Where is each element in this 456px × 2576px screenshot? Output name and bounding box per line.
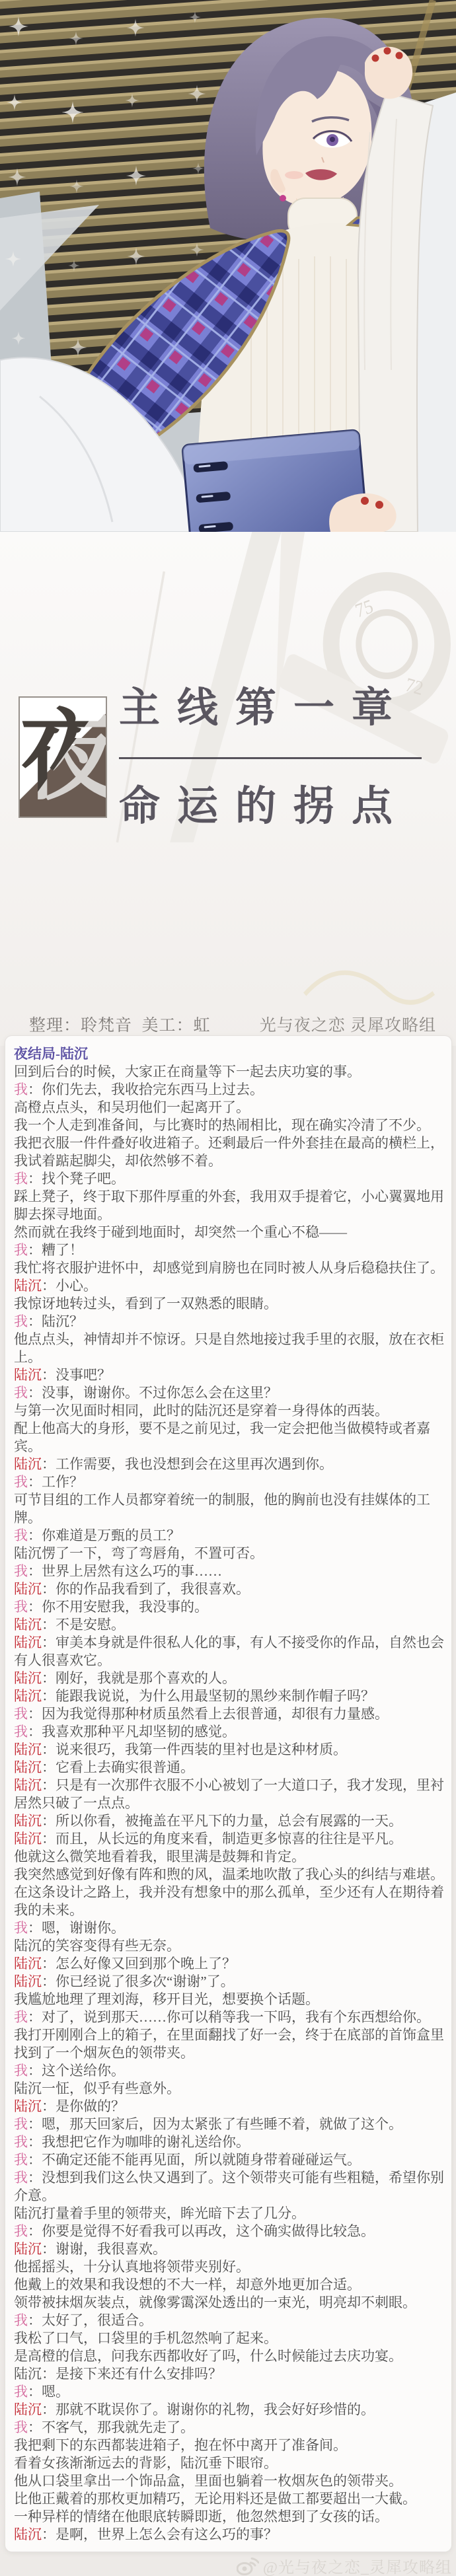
speaker-name: 陆沉	[14, 1456, 42, 1472]
narration-line: 高橙点点头，和吴玥他们一起离开了。	[14, 1099, 446, 1117]
narration-line: 陆沉一怔，似乎有些意外。	[14, 2080, 446, 2098]
narration-line: 回到后台的时候，大家正在商量等下一起去庆功宴的事。	[14, 1063, 446, 1081]
dialogue-line: 我：嗯，谢谢你。	[14, 1919, 446, 1937]
narration-line: 他点点头，神情却并不惊讶。只是自然地接过我手里的衣服，放在衣柜上。	[14, 1331, 446, 1366]
speaker-name: 陆沉	[14, 2241, 42, 2257]
dialogue-line: 陆沉：工作需要，我也没想到会在这里再次遇到你。	[14, 1455, 446, 1473]
speaker-name: 陆沉	[14, 2098, 42, 2114]
speaker-name: 我	[14, 1082, 28, 1097]
speaker-name: 我	[14, 1706, 28, 1722]
dialogue-line: 陆沉：是你做的？	[14, 2098, 446, 2116]
dialogue-line: 我：你不用安慰我，我没事的。	[14, 1598, 446, 1616]
dialogue-line: 我：你要是觉得不好看我可以再改，这个确实做得比较急。	[14, 2223, 446, 2240]
narration-line: 他从口袋里拿出一个饰品盒，里面也躺着一枚烟灰色的领带夹。	[14, 2472, 446, 2490]
speaker-name: 陆沉	[14, 1759, 42, 1775]
chapter-title-line2: 命运的拐点	[119, 786, 436, 828]
night-badge: 夜 夜	[19, 696, 107, 818]
dialogue-line: 我：陆沉？	[14, 1313, 446, 1331]
dialogue-line: 我：世界上居然有这么巧的事……	[14, 1563, 446, 1580]
narration-line: 我松了口气，口袋里的手机忽然响了起来。	[14, 2330, 446, 2347]
narration-line: 我惊讶地转过头，看到了一双熟悉的眼睛。	[14, 1295, 446, 1313]
speaker-name: 陆沉	[14, 1278, 42, 1294]
dialogue-line: 我：没事，谢谢你。不过你怎么会在这里？	[14, 1384, 446, 1402]
narration-line: 我把衣服一件件叠好收进箱子。还剩最后一件外套挂在最高的横栏上，我试着踮起脚尖，却…	[14, 1134, 446, 1170]
narration-line: 我一个人走到准备间，与比赛时的热闹相比，现在确实冷清了不少。	[14, 1117, 446, 1134]
narration-line: 是高橙的信息，问我东西都收好了吗，什么时候能过去庆功宴。	[14, 2347, 446, 2365]
speaker-name: 我	[14, 1920, 28, 1936]
watermark: @光与夜之恋_灵犀攻略组	[237, 2554, 452, 2576]
narration-line: 然而就在我终于碰到地面时，却突然一个重心不稳——	[14, 1224, 446, 1241]
speaker-name: 我	[14, 1724, 28, 1740]
chapter-title-block: 夜 夜 主线第一章 命运的拐点	[0, 687, 456, 839]
chapter-title-text: 主线第一章 命运的拐点	[119, 687, 436, 828]
narration-line: 比他正戴着的那枚更加精巧，无论用料还是做工都要超出一大截。	[14, 2490, 446, 2508]
speaker-name: 我	[14, 2134, 28, 2150]
dialogue-line: 我：你们先去，我收拾完东西马上过去。	[14, 1081, 446, 1099]
speaker-name: 陆沉	[14, 2366, 42, 2382]
speaker-name: 陆沉	[14, 1635, 42, 1650]
dialogue-line: 我：找个凳子吧。	[14, 1170, 446, 1188]
dialogue-line: 陆沉：所以你看，被掩盖在平凡下的力量，总会有展露的一天。	[14, 1812, 446, 1830]
narration-line: 我把剩下的东西都装进箱子，抱在怀中离开了准备间。	[14, 2437, 446, 2454]
narration-line: 他戴上的效果和我设想的不大一样，却意外地更加合适。	[14, 2276, 446, 2294]
narration-line: 一种异样的情绪在他眼底转瞬即逝，他忽然想到了女孩的话。	[14, 2508, 446, 2526]
narration-line: 配上他高大的身形，要不是之前见过，我一定会把他当做模特或者嘉宾。	[14, 1420, 446, 1455]
transcript-heading: 夜结局-陆沉	[14, 1045, 446, 1063]
speaker-name: 我	[14, 2223, 28, 2239]
speaker-name: 我	[14, 1171, 28, 1187]
speaker-name: 我	[14, 2152, 28, 2168]
narration-line: 我忙将衣服护进怀中，却感觉到肩膀也在同时被人从身后稳稳扶住了。	[14, 1259, 446, 1277]
dialogue-line: 陆沉：那就不耽误你了。谢谢你的礼物，我会好好珍惜的。	[14, 2401, 446, 2419]
narration-line: 我突然感觉到好像有阵和煦的风，温柔地吹散了我心头的纠结与难堪。	[14, 1866, 446, 1884]
dialogue-line: 我：嗯。	[14, 2383, 446, 2401]
speaker-name: 陆沉	[14, 1813, 42, 1829]
dialogue-line: 陆沉：小心。	[14, 1277, 446, 1295]
speaker-name: 我	[14, 2063, 28, 2079]
dialogue-line: 我：这个送给你。	[14, 2062, 446, 2080]
dialogue-line: 我：对了，说到那天……你可以稍等我一下吗，我有个东西想给你。	[14, 2008, 446, 2026]
speaker-name: 我	[14, 1563, 28, 1579]
dialogue-line: 陆沉：谢谢，我很喜欢。	[14, 2240, 446, 2258]
credits-left: 整理：聆梵音 美工：虹	[29, 1012, 211, 1036]
speaker-name: 陆沉	[14, 1777, 42, 1793]
speaker-name: 我	[14, 2384, 28, 2400]
earring	[280, 195, 286, 202]
dialogue-line: 我：太好了，很适合。	[14, 2312, 446, 2330]
speaker-name: 陆沉	[14, 1742, 42, 1757]
speaker-name: 我	[14, 2312, 28, 2328]
narration-line: 我打开刚刚合上的箱子，在里面翻找了好一会，终于在底部的首饰盒里找到了一个烟灰色的…	[14, 2026, 446, 2062]
dialogue-line: 我：不确定还能不能再见面，所以就随身带着碰碰运气。	[14, 2151, 446, 2169]
dialogue-line: 我：不客气，那我就先走了。	[14, 2419, 446, 2437]
dialogue-line: 陆沉：它看上去确实很普通。	[14, 1759, 446, 1777]
dialogue-line: 陆沉：而且，从长远的角度来看，制造更多惊喜的往往是平凡。	[14, 1830, 446, 1848]
speaker-name: 我	[14, 1242, 28, 1258]
narration-line: 陆沉愣了一下，弯了弯唇角，不置可否。	[14, 1545, 446, 1563]
narration-line: 他摇摇头，十分认真地将领带夹别好。	[14, 2258, 446, 2276]
dialogue-line: 我：我想把它作为咖啡的谢礼送给你。	[14, 2133, 446, 2151]
speaker-name: 我	[14, 1313, 28, 1329]
speaker-name: 陆沉	[14, 1581, 42, 1597]
speaker-name: 我	[14, 1385, 28, 1401]
speaker-name: 陆沉	[14, 1367, 42, 1383]
speaker-name: 陆沉	[14, 2526, 42, 2542]
narration-line: 在这条设计之路上，我并没有想象中的那么孤单，至少还有人在期待着我的未来。	[14, 1884, 446, 1919]
dialogue-line: 我：因为我觉得那种材质虽然看上去很普通，却很有力量感。	[14, 1705, 446, 1723]
speaker-name: 我	[14, 2116, 28, 2132]
narration-line: 与第一次见面时相同，此时的陆沉还是穿着一身得体的西装。	[14, 1402, 446, 1420]
hero-illustration	[0, 0, 456, 532]
watermark-text: @光与夜之恋_灵犀攻略组	[263, 2554, 452, 2576]
dialogue-line: 陆沉：审美本身就是件很私人化的事，有人不接受你的作品，自然也会有人很喜欢它。	[14, 1634, 446, 1670]
narration-line: 陆沉打量着手里的领带夹，眸光暗下去了几分。	[14, 2205, 446, 2223]
speaker-name: 我	[14, 2170, 28, 2186]
narration-line: 看着女孩渐渐远去的背影，陆沉垂下眼帘。	[14, 2454, 446, 2472]
speaker-name: 陆沉	[14, 1973, 42, 1989]
dialogue-line: 陆沉：怎么好像又回到那个晚上了？	[14, 1955, 446, 1973]
dialogue-line: 陆沉：能跟我说说，为什么用最坚韧的黑纱来制作帽子吗？	[14, 1687, 446, 1705]
dialogue-line: 陆沉：你的作品我看到了，我很喜欢。	[14, 1580, 446, 1598]
dialogue-line: 陆沉：是啊，世界上怎么会有这么巧的事？	[14, 2526, 446, 2544]
speaker-name: 陆沉	[14, 1688, 42, 1704]
narration-line: 他就这么微笑地看着我，眼里满是鼓舞和肯定。	[14, 1848, 446, 1866]
dialogue-line: 我：嗯，那天回家后，因为太紧张了有些睡不着，就做了这个。	[14, 2116, 446, 2133]
dialogue-line: 我：工作？	[14, 1473, 446, 1491]
speaker-name: 陆沉	[14, 1956, 42, 1971]
dialogue-line: 陆沉：刚好，我就是那个喜欢的人。	[14, 1670, 446, 1687]
dialogue-line: 陆沉：没事吧？	[14, 1366, 446, 1384]
chapter-title-line1: 主线第一章	[119, 687, 436, 729]
dialogue-line: 陆沉：是接下来还有什么安排吗？	[14, 2365, 446, 2383]
dialogue-line: 陆沉：你已经说了很多次“谢谢”了。	[14, 1973, 446, 1991]
speaker-name: 陆沉	[14, 2402, 42, 2417]
narration-line: 领带被抹烟灰装点，就像雾霭深处透出的一束光，明亮却不刺眼。	[14, 2294, 446, 2312]
dialogue-line: 陆沉：只是有一次那件衣服不小心被划了一大道口子，我才发现，里衬居然只破了一点点。	[14, 1777, 446, 1812]
weibo-icon	[237, 2557, 259, 2575]
speaker-name: 陆沉	[14, 1670, 42, 1686]
transcript-card: 夜结局-陆沉 回到后台的时候，大家正在商量等下一起去庆功宴的事。我：你们先去，我…	[5, 1036, 451, 2552]
speaker-name: 陆沉	[14, 1831, 42, 1847]
title-divider	[119, 757, 422, 759]
speaker-name: 我	[14, 2419, 28, 2435]
page-root: 75 72 夜 夜 主线第一章 命运的拐点 整理：聆梵音 美工：虹 光与夜之恋 …	[0, 0, 456, 2576]
transcript-lines: 回到后台的时候，大家正在商量等下一起去庆功宴的事。我：你们先去，我收拾完东西马上…	[14, 1063, 446, 2544]
dialogue-line: 陆沉：不是安慰。	[14, 1616, 446, 1634]
speaker-name: 我	[14, 1527, 28, 1543]
dialogue-line: 我：你难道是万甄的员工？	[14, 1527, 446, 1545]
dialogue-line: 陆沉：说来很巧，我第一件西装的里衬也是这种材质。	[14, 1741, 446, 1759]
dialogue-line: 我：我喜欢那种平凡却坚韧的感觉。	[14, 1723, 446, 1741]
speaker-name: 陆沉	[14, 1617, 42, 1633]
speaker-name: 我	[14, 2009, 28, 2025]
dialogue-line: 我：糟了！	[14, 1241, 446, 1259]
narration-line: 我尴尬地理了理刘海，移开目光，想要换个话题。	[14, 1991, 446, 2008]
narration-line: 踩上凳子，终于取下那件厚重的外套，我用双手提着它，小心翼翼地用脚去探寻地面。	[14, 1188, 446, 1224]
credits-right: 光与夜之恋 灵犀攻略组	[260, 1012, 436, 1036]
credits-row: 整理：聆梵音 美工：虹 光与夜之恋 灵犀攻略组	[0, 1012, 456, 1036]
narration-line: 陆沉的笑容变得有些无奈。	[14, 1937, 446, 1955]
dialogue-line: 我：没想到我们这么快又遇到了。这个领带夹可能有些粗糙，希望你别介意。	[14, 2169, 446, 2205]
speaker-name: 我	[14, 1599, 28, 1615]
speaker-name: 我	[14, 1474, 28, 1490]
narration-line: 可节目组的工作人员都穿着统一的制服，他的胸前也没有挂媒体的工牌。	[14, 1491, 446, 1527]
